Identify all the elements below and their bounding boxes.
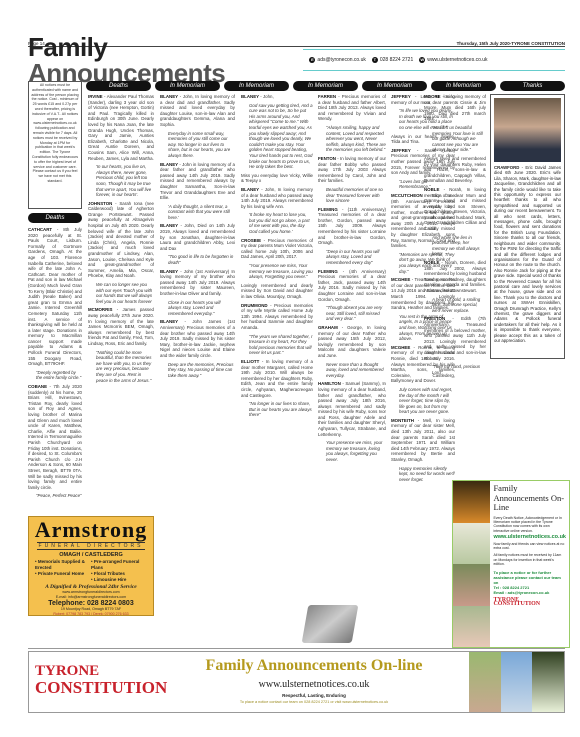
ad-telephone: Telephone: 028 8224 0803 [31, 600, 151, 607]
memoriam-column-2: BLANEY - John, In loving memory of a dea… [160, 94, 235, 381]
notice-verse: "You left us beautiful memories Your lov… [424, 125, 486, 153]
notice-entry: NOBLE - Norah, In loving memory of a dea… [424, 187, 486, 232]
banner-slogan: Respectful, Lasting, Enduring [159, 693, 469, 698]
notice-verse: Happy memories silently kept, no need fo… [391, 466, 455, 483]
contact-bar: Eads@tyronecon.co.uk T028 8224 2721 Wwww… [303, 49, 565, 71]
ad-photo-strip [453, 481, 490, 647]
notice-entry: FLEMING - (4th Anniversary) Precious mem… [318, 269, 386, 303]
web-contact[interactable]: Wwww.ulsternetnotices.co.uk [419, 57, 487, 63]
ad-body: Every Death Notice, Acknowledgement or I… [493, 516, 566, 534]
deaths-heading: Deaths [28, 213, 82, 223]
ad-services: • Memorials Supplied & Erected• Pre-arra… [31, 558, 151, 584]
memoriam-column-3: BLANEY - John, God saw you getting tired… [241, 94, 313, 421]
tyrone-constitution-logo: TYRONE CONSTITUTION [493, 598, 566, 607]
tab-in-memoriam-5: In Memoriam [431, 81, 496, 91]
notice-entry: IRVINE - Alexander Paul Thomas (Xander),… [88, 94, 154, 161]
ad-deadline: All family notices must be received by 1… [493, 553, 566, 566]
notice-verse: "Peace, Perfect Peace" [28, 493, 82, 499]
notice-entry: BLANEY - John in loving memory of a dear… [160, 162, 235, 201]
web-icon: W [419, 57, 425, 63]
notice-verse: 'In our hearts, you live on, Always ther… [88, 164, 154, 198]
notice-info-box: All notices must be authenticated with n… [28, 81, 82, 209]
notice-entry: BLANEY - John, In loving memory of a dea… [241, 187, 313, 209]
phone-contact[interactable]: T028 8224 2721 [372, 57, 413, 63]
notice-signoff: Always loved and remembered by your daug… [424, 156, 486, 184]
notice-entry: BLANEY - John, Died on 14th July 2019, A… [160, 223, 235, 251]
notice-entry: HAMILTON - Samuel (Sammy), In loving mem… [318, 381, 386, 437]
notice-entry: COBANE - 7th July 2020 (suddenly) at his… [28, 384, 82, 490]
ad-url-link[interactable]: www.ulsternetnotices.co.uk [493, 535, 566, 539]
ad-subtitle: FUNERAL DIRECTORS [37, 542, 145, 550]
section-tabs: Deaths In Memoriam In Memoriam In Memori… [86, 81, 565, 91]
notice-verse: "No longer in our lives to share, But in… [241, 401, 313, 418]
tab-in-memoriam-1: In Memoriam [155, 81, 220, 91]
armstrong-funeral-ad: Armstrong FUNERAL DIRECTORS OMAGH / CAST… [28, 516, 154, 616]
notice-entry: MCMORRIS - James passed away peacefully … [88, 307, 154, 346]
phone-icon: T [372, 57, 378, 63]
notice-entry: BLANEY - John James (1st Anniversary) Pr… [160, 319, 235, 358]
banner-logo: TYRONE CONSTITUTION [29, 652, 159, 712]
notice-verse: "Too good in life to be forgotten in dea… [160, 254, 235, 265]
email-contact[interactable]: Eads@tyronecon.co.uk [309, 57, 365, 63]
notice-verse: "Though absent you are very near, Still … [318, 305, 386, 322]
tab-deaths: Deaths [86, 81, 151, 91]
online-announcements-ad: Family Announcements On-Line Every Death… [452, 480, 570, 648]
notice-entry: BLANEY - John (1st Anniversary) In lovin… [160, 269, 235, 297]
tab-in-memoriam-2: In Memoriam [224, 81, 289, 91]
notice-verse: Your presence we miss, your memory we tr… [318, 440, 386, 462]
notice-verse: "Your presence we miss, Your memory we t… [241, 263, 313, 280]
notice-verse: Deep are the memories, Precious they sta… [160, 362, 235, 379]
notice-verse: "The years we shared together, I treasur… [241, 334, 313, 356]
bottom-divider [28, 648, 565, 649]
notice-entry: MOORE - In loving memory of our dear par… [424, 94, 486, 122]
tab-in-memoriam-4: In Memoriam [362, 81, 427, 91]
portrait-photo [494, 98, 561, 162]
bible-image [302, 605, 359, 643]
notice-signoff: Lovingly remembered and dearly missed by… [241, 283, 313, 300]
banner-images [469, 652, 564, 712]
ad-contact: To place a notice or for further assista… [493, 570, 566, 585]
ad-email: Email : ads@tyronecon.co.uk [493, 590, 566, 595]
notice-entry: JOHNSTON - Sarah Iona (nee Calderwood) l… [88, 201, 154, 279]
page-title: Family Announcements [28, 34, 303, 86]
ad-title: Family Announcements On-Line [493, 484, 566, 513]
memoriam-column-6-content: MOORE - In loving memory of our dear par… [424, 94, 486, 378]
notice-verse: We can no longer see you with our eyes T… [88, 282, 154, 304]
notice-verse: "Always smiling, happy and content, Love… [318, 125, 386, 153]
notice-verse: 'It broke my heart to lose you, but you … [241, 212, 313, 234]
notice-entry: FLEMING - (11th Anniversary) Treasured m… [318, 207, 386, 246]
notice-verse: Close in our hearts you will always stay… [160, 300, 235, 317]
notice-entry: BLANEY - John, [241, 94, 313, 100]
notice-entry: MONTEITH - Mell, In loving memory of our… [391, 418, 455, 463]
ad-brand: Armstrong [31, 519, 151, 541]
notice-verse: And while she lies in peaceful sleep, he… [424, 235, 486, 257]
notice-verse: God saw you getting tired, And a cure wa… [241, 103, 313, 170]
notice-entry: GRAHAM - George, In loving memory of our… [318, 325, 386, 359]
notice-verse: "Nothing could be more beautiful, than t… [88, 350, 154, 384]
section-header: Family Announcements Eads@tyronecon.co.u… [28, 45, 565, 75]
thanks-text: CRAWFORD - Eric David James died 6th Jun… [494, 165, 561, 343]
notice-verse: "Deeply regretted by the entire family c… [28, 370, 82, 381]
email-icon: E [309, 57, 315, 63]
notice-verse: "Take my hand, precious Lord" [424, 364, 486, 375]
notice-verse: Beautiful memories of one so dear Treasu… [318, 187, 386, 204]
notice-entry: ELLIOTT - In loving memory of a dear mot… [241, 359, 313, 398]
notice-entry: CROSBIE - Precious memories of my dear p… [241, 238, 313, 260]
memoriam-column-1: IRVINE - Alexander Paul Thomas (Xander),… [88, 94, 154, 386]
thanks-notice: CRAWFORD - Eric David James died 6th Jun… [490, 94, 565, 359]
ad-body2: Now family and friends can view notices … [493, 542, 566, 551]
memoriam-column-4: FARREN - Precious memories of a dear hus… [318, 94, 386, 466]
ad-mobiles: Robert: 07798 783 793 / Derek: 07900 276… [31, 612, 151, 617]
bottom-banner: TYRONE CONSTITUTION Family Announcements… [28, 651, 565, 713]
notice-entry: DRUMMOND - Precious memories of my wife … [241, 303, 313, 331]
notice-entry: NOBLE - Norah, Doreen, died 18th July 20… [424, 260, 486, 294]
notice-verse: Never more than a thought away, loved an… [318, 362, 386, 379]
notice-verse: "Deep in our hearts you will always stay… [318, 249, 386, 266]
notice-entry: FARREN - Precious memories of a dear hus… [318, 94, 386, 122]
banner-url[interactable]: www.ulsternetnotices.co.uk [159, 679, 469, 690]
deaths-column: Deaths CATHCART - 8th July 2020 peaceful… [28, 211, 82, 502]
notice-entry: PRESTON - Edith (7th Anniversary). Treas… [424, 316, 486, 361]
notice-verse: Everyday in some small way, memories of … [160, 131, 235, 159]
notice-entry: FENTON - In loving memory of our dear fa… [318, 156, 386, 184]
banner-contact: To place a notice contact our team on 02… [159, 700, 469, 704]
tab-in-memoriam-3: In Memoriam [293, 81, 358, 91]
notice-entry: BLANEY - John, In loving memory of a dea… [160, 94, 235, 128]
notice-entry: CATHCART - 8th July 2020 peacefully at S… [28, 227, 82, 367]
banner-heading: Family Announcements On-line [159, 657, 469, 675]
tab-thanks: Thanks [500, 81, 565, 91]
notice-verse: July comes with sad regret, the day of t… [391, 387, 455, 415]
notice-verse: A heart of gold, a smiling face, Someone… [424, 297, 486, 314]
notice-verse: 'A daily thought, a silent tear, a const… [160, 204, 235, 221]
ad-email[interactable]: E-mail: info@armstrongfuneraldirectors.c… [31, 595, 151, 600]
notice-signoff: Miss you everyday love Vicky, Willie & T… [241, 173, 313, 184]
